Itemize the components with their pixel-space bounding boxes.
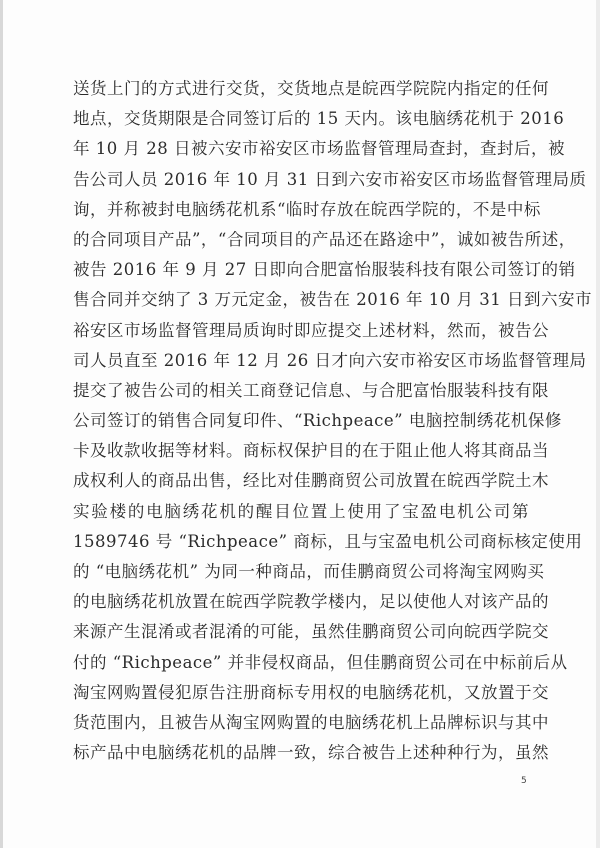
text-line: 淘宝网购置侵犯原告注册商标专用权的电脑绣花机，又放置于交 [73, 678, 529, 708]
text-line: 司人员直至 2016 年 12 月 26 日才向六安市裕安区市场监督管理局 [73, 346, 529, 376]
text-line: 提交了被告公司的相关工商登记信息、与合肥富怡服装科技有限 [73, 376, 529, 406]
text-line: 付的 “Richpeace” 并非侵权商品，但佳鹏商贸公司在中标前后从 [73, 648, 529, 678]
text-line: 的电脑绣花机放置在皖西学院教学楼内，足以使他人对该产品的 [73, 587, 529, 617]
text-line: 来源产生混淆或者混淆的可能，虽然佳鹏商贸公司向皖西学院交 [73, 617, 529, 647]
text-line: 实验楼的电脑绣花机的醒目位置上使用了宝盈电机公司第 [73, 497, 529, 527]
page-number: 5 [521, 776, 527, 786]
page-edge-right [596, 0, 600, 848]
text-line: 标产品中电脑绣花机的品牌一致，综合被告上述种种行为，虽然 [73, 738, 529, 768]
text-line: 裕安区市场监督管理局质询时即应提交上述材料，然而，被告公 [73, 316, 529, 346]
text-line: 售合同并交纳了 3 万元定金，被告在 2016 年 10 月 31 日到六安市 [73, 285, 529, 315]
page-edge-left [0, 0, 3, 848]
text-line: 卡及收款收据等材料。商标权保护目的在于阻止他人将其商品当 [73, 436, 529, 466]
text-line: 被告 2016 年 9 月 27 日即向合肥富怡服装科技有限公司签订的销 [73, 255, 529, 285]
document-body: 送货上门的方式进行交货，交货地点是皖西学院院内指定的任何 地点，交货期限是合同签… [73, 74, 529, 768]
text-line: 的合同项目产品”，“合同项目的产品还在路途中”，诚如被告所述， [73, 225, 529, 255]
text-line: 送货上门的方式进行交货，交货地点是皖西学院院内指定的任何 [73, 74, 529, 104]
text-line: 的 “电脑绣花机” 为同一种商品，而佳鹏商贸公司将淘宝网购买 [73, 557, 529, 587]
text-line: 货范围内，且被告从淘宝网购置的电脑绣花机上品牌标识与其中 [73, 708, 529, 738]
text-line: 告公司人员 2016 年 10 月 31 日到六安市裕安区市场监督管理局质 [73, 165, 529, 195]
text-line: 地点，交货期限是合同签订后的 15 天内。该电脑绣花机于 2016 [73, 104, 529, 134]
text-line: 公司签订的销售合同复印件、“Richpeace” 电脑控制绣花机保修 [73, 406, 529, 436]
text-line: 1589746 号 “Richpeace” 商标，且与宝盈电机公司商标核定使用 [73, 527, 529, 557]
text-line: 询，并称被封电脑绣花机系“临时存放在皖西学院的，不是中标 [73, 195, 529, 225]
text-line: 成权利人的商品出售，经比对佳鹏商贸公司放置在皖西学院土木 [73, 466, 529, 496]
text-line: 年 10 月 28 日被六安市裕安区市场监督管理局查封，查封后，被 [73, 134, 529, 164]
